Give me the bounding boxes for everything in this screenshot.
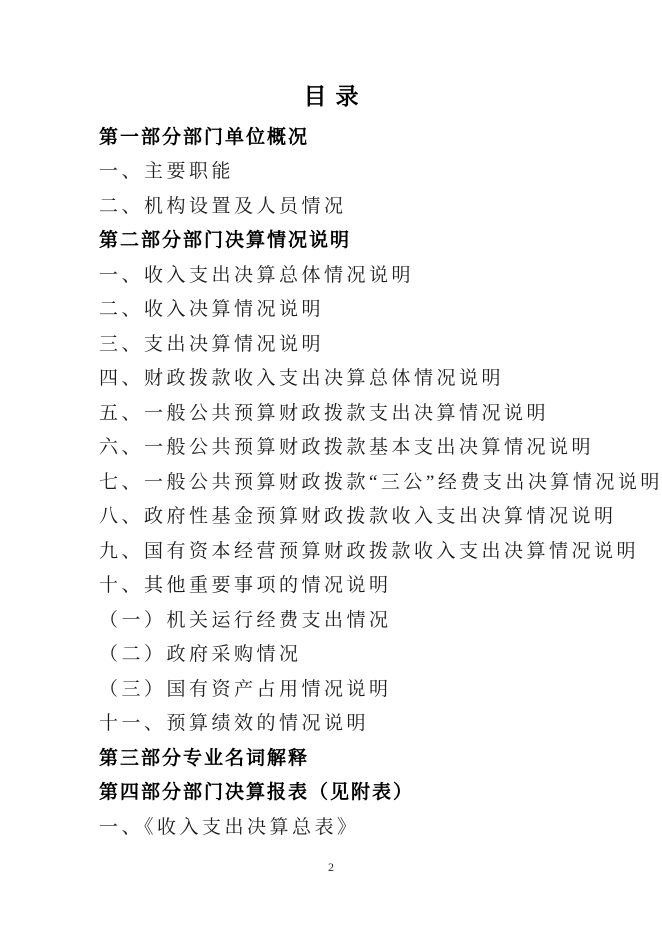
toc-section-heading: 第一部分部门单位概况 [99,118,632,153]
page-title: 目录 [0,0,662,110]
toc-section-heading: 第四部分部门决算报表（见附表） [99,774,632,809]
toc-entry: （三）国有资产占用情况说明 [99,670,632,705]
toc-entry: 十一、预算绩效的情况说明 [99,705,632,740]
toc-entry: 三、支出决算情况说明 [99,325,632,360]
page-number: 2 [0,860,662,875]
toc-section-heading: 第二部分部门决算情况说明 [99,222,632,257]
toc-entry: 六、一般公共预算财政拨款基本支出决算情况说明 [99,429,632,464]
toc-entry: （二）政府采购情况 [99,636,632,671]
toc-entry: 二、机构设置及人员情况 [99,187,632,222]
toc-entry: （一）机关运行经费支出情况 [99,601,632,636]
toc-entry: 七、一般公共预算财政拨款“三公”经费支出决算情况说明 [99,463,632,498]
toc-entry: 一、收入支出决算总体情况说明 [99,256,632,291]
toc-entry: 九、国有资本经营预算财政拨款收入支出决算情况说明 [99,532,632,567]
toc-entry: 一、《收入支出决算总表》 [99,808,632,843]
toc-section-heading: 第三部分专业名词解释 [99,739,632,774]
toc-entry: 四、财政拨款收入支出决算总体情况说明 [99,360,632,395]
toc-entry: 一、主要职能 [99,153,632,188]
toc-entry: 十、其他重要事项的情况说明 [99,567,632,602]
toc-list: 第一部分部门单位概况一、主要职能二、机构设置及人员情况第二部分部门决算情况说明一… [0,118,662,843]
toc-entry: 五、一般公共预算财政拨款支出决算情况说明 [99,394,632,429]
toc-entry: 二、收入决算情况说明 [99,291,632,326]
document-page: 目录 第一部分部门单位概况一、主要职能二、机构设置及人员情况第二部分部门决算情况… [0,0,662,936]
toc-entry: 八、政府性基金预算财政拨款收入支出决算情况说明 [99,498,632,533]
